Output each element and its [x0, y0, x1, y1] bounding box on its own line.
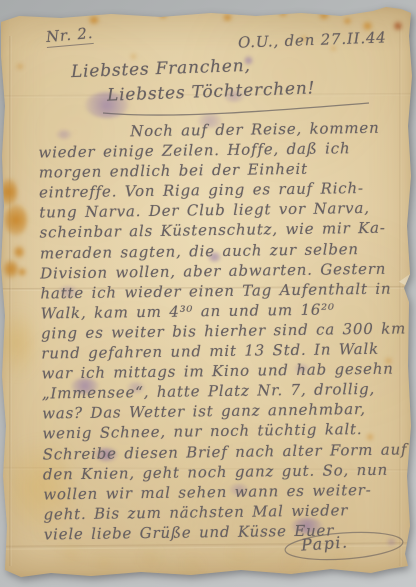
- foxing-stain: [394, 22, 402, 30]
- salutation-line-2: Liebstes Töchterchen!: [107, 78, 316, 105]
- stain-wash: [331, 551, 347, 561]
- foxing-stain: [18, 268, 26, 276]
- foxing-stain: [131, 54, 136, 59]
- letter-paper: Nr. 2. O.U., den 27.II.44 Liebstes Franc…: [1, 6, 413, 579]
- foxing-stain: [344, 18, 351, 24]
- foxing-stain: [14, 246, 24, 258]
- stain-wash: [141, 552, 159, 563]
- stain-wash: [186, 560, 200, 569]
- foxing-stain: [4, 260, 18, 278]
- foxing-stain: [319, 12, 329, 19]
- stain-wash: [61, 549, 81, 561]
- foxing-stain: [89, 16, 99, 24]
- stain-wash: [96, 558, 112, 568]
- foxing-stain: [279, 10, 287, 16]
- paper-tear: [399, 274, 410, 288]
- foxing-stain: [223, 14, 232, 21]
- foxing-stain: [159, 12, 167, 18]
- paper-crease: [9, 36, 12, 566]
- foxing-stain: [1, 178, 17, 206]
- scanned-letter: Nr. 2. O.U., den 27.II.44 Liebstes Franc…: [0, 0, 416, 587]
- stain-wash: [231, 550, 247, 560]
- foxing-stain: [5, 204, 27, 236]
- letter-number: Nr. 2.: [45, 24, 94, 48]
- salutation-line-1: Liebstes Franchen,: [71, 56, 251, 82]
- foxing-stain: [17, 64, 23, 69]
- stain-wash: [1, 301, 33, 385]
- letter-dateline: O.U., den 27.II.44: [238, 28, 387, 51]
- foxing-stain: [251, 7, 258, 13]
- signature: Papi.: [300, 532, 349, 554]
- handwriting-line: viele liebe Grüße und Küsse Euer: [44, 519, 404, 544]
- letter-body: Noch auf der Reise, kommenwieder einige …: [38, 118, 404, 545]
- stain-wash: [286, 557, 300, 566]
